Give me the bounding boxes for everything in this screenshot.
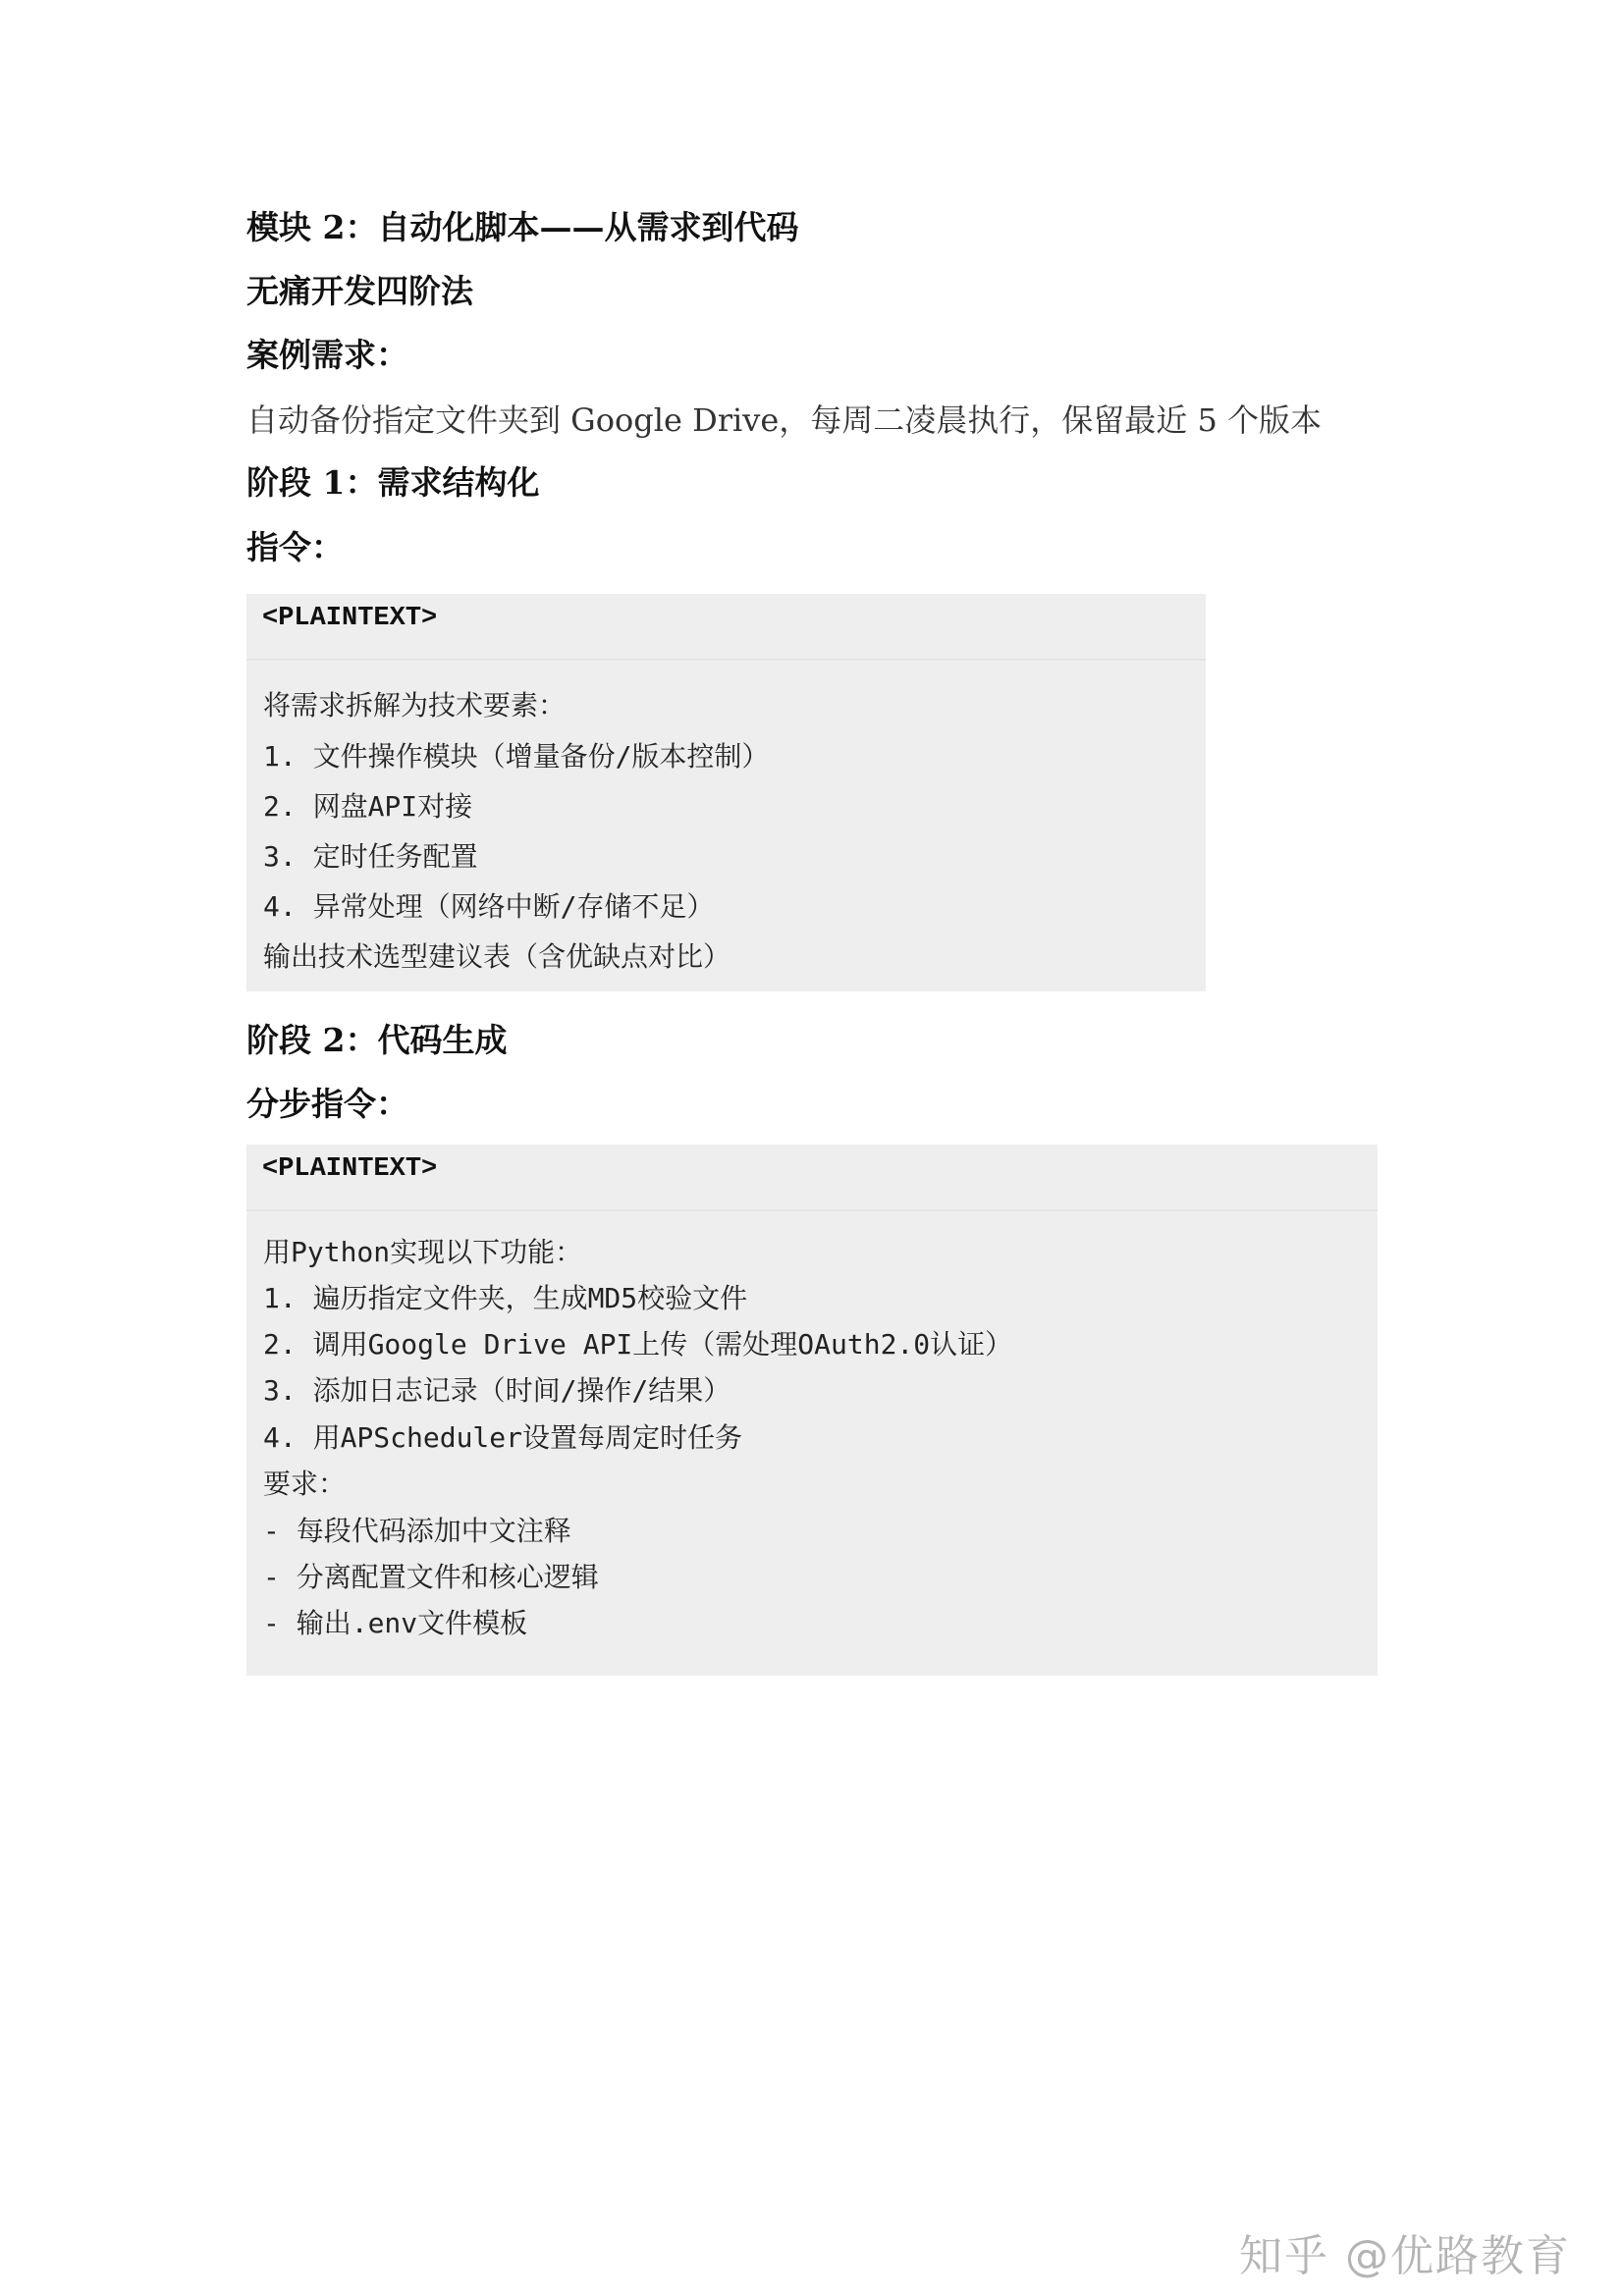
code-line: 用Python实现以下功能： <box>263 1235 582 1270</box>
case-label: 案例需求： <box>246 336 408 375</box>
code-line: 4. 用APScheduler设置每周定时任务 <box>263 1420 742 1456</box>
module-title: 模块 2：自动化脚本——从需求到代码 <box>246 208 798 247</box>
code-line: 4. 异常处理（网络中断/存储不足） <box>263 889 714 925</box>
code-line: 3. 定时任务配置 <box>263 839 478 875</box>
stage1-instruction-label: 指令： <box>246 528 344 567</box>
code-line: 1. 遍历指定文件夹，生成MD5校验文件 <box>263 1281 747 1316</box>
code-language-label: <PLAINTEXT> <box>262 1154 437 1184</box>
stage1-title: 阶段 1：需求结构化 <box>246 463 539 503</box>
code-line: 2. 调用Google Drive API上传（需处理OAuth2.0认证） <box>263 1327 1012 1362</box>
code-line: 1. 文件操作模块（增量备份/版本控制） <box>263 739 769 774</box>
code-line: 3. 添加日志记录（时间/操作/结果） <box>263 1373 730 1409</box>
code-line: 2. 网盘API对接 <box>263 789 472 825</box>
stage2-code-block: <PLAINTEXT> 用Python实现以下功能： 1. 遍历指定文件夹，生成… <box>246 1145 1378 1676</box>
method-title: 无痛开发四阶法 <box>246 272 473 311</box>
code-line: - 分离配置文件和核心逻辑 <box>263 1560 599 1595</box>
code-line: - 输出.env文件模板 <box>263 1606 527 1641</box>
code-line: - 每段代码添加中文注释 <box>263 1514 571 1549</box>
case-text: 自动备份指定文件夹到 Google Drive，每周二凌晨执行，保留最近 5 个… <box>246 400 1322 440</box>
stage1-code-block: <PLAINTEXT> 将需求拆解为技术要素： 1. 文件操作模块（增量备份/版… <box>246 594 1206 991</box>
stage2-instruction-label: 分步指令： <box>246 1085 408 1124</box>
code-line: 输出技术选型建议表（含优缺点对比） <box>263 939 730 975</box>
code-block-header: <PLAINTEXT> <box>246 1145 1378 1211</box>
code-line: 将需求拆解为技术要素： <box>263 688 566 723</box>
code-line: 要求： <box>263 1467 346 1502</box>
code-language-label: <PLAINTEXT> <box>262 604 437 633</box>
code-block-header: <PLAINTEXT> <box>246 594 1206 661</box>
stage2-title: 阶段 2：代码生成 <box>246 1021 507 1060</box>
zhihu-watermark: 知乎 @优路教育 <box>1239 2220 1571 2283</box>
